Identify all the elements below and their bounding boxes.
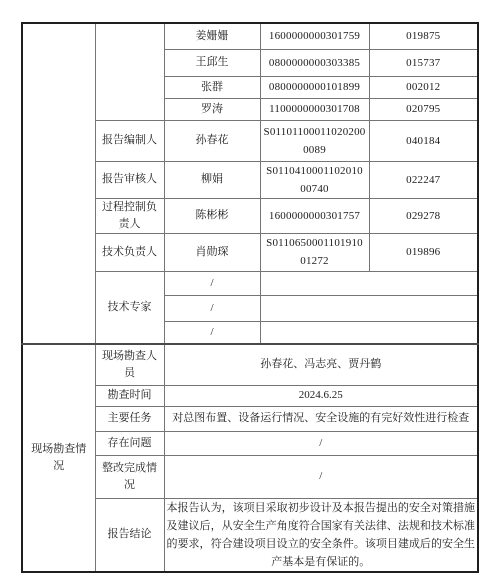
role-name-cell: 柳娟 <box>164 161 260 198</box>
member-id-number-cell: 015737 <box>369 49 478 76</box>
member-name-cell: 张群 <box>164 76 260 98</box>
member-id-number-cell: 002012 <box>369 76 478 98</box>
role-cert-number-cell: S011011000110202000089 <box>260 120 369 161</box>
role-id-number-cell: 019896 <box>369 233 478 271</box>
member-name-cell: 王邱生 <box>164 49 260 76</box>
expert-empty-cell <box>260 295 478 321</box>
role-label-cell: 技术负责人 <box>95 233 164 271</box>
expert-empty-cell <box>260 321 478 344</box>
member-id-number-cell: 019875 <box>369 23 478 49</box>
expert-name-cell: / <box>164 295 260 321</box>
experts-label-cell: 技术专家 <box>95 271 164 344</box>
member-cert-number-cell: 0800000000303385 <box>260 49 369 76</box>
survey-row-label-cell: 报告结论 <box>95 498 164 572</box>
survey-row-value-cell: / <box>164 455 478 498</box>
expert-name-cell: / <box>164 321 260 344</box>
role-id-number-cell: 029278 <box>369 198 478 233</box>
role-id-number-cell: 022247 <box>369 161 478 198</box>
role-label-cell: 过程控制负责人 <box>95 198 164 233</box>
left-section-empty-cell <box>22 23 95 344</box>
expert-empty-cell <box>260 271 478 295</box>
role-id-number-cell: 040184 <box>369 120 478 161</box>
survey-row-value-cell: / <box>164 431 478 455</box>
table-row: 姜姗姗 1600000000301759 019875 <box>22 23 478 49</box>
role-label-empty-cell <box>95 23 164 120</box>
survey-row-value-cell: 2024.6.25 <box>164 385 478 406</box>
survey-row-label-cell: 现场勘查人员 <box>95 344 164 385</box>
survey-row-label-cell: 整改完成情况 <box>95 455 164 498</box>
member-cert-number-cell: 0800000000101899 <box>260 76 369 98</box>
role-name-cell: 陈彬彬 <box>164 198 260 233</box>
survey-row-value-cell: 孙春花、冯志亮、贾丹鹤 <box>164 344 478 385</box>
member-cert-number-cell: 1600000000301759 <box>260 23 369 49</box>
report-table: 姜姗姗 1600000000301759 019875 王邱生 08000000… <box>21 22 479 573</box>
survey-row-label-cell: 存在问题 <box>95 431 164 455</box>
role-label-cell: 报告审核人 <box>95 161 164 198</box>
site-survey-section-label-cell: 现场勘查情况 <box>22 344 95 572</box>
role-cert-number-cell: 1600000000301757 <box>260 198 369 233</box>
expert-name-cell: / <box>164 271 260 295</box>
survey-row-value-cell: 对总图布置、设备运行情况、安全设施的有完好效性进行检查 <box>164 406 478 431</box>
member-name-cell: 姜姗姗 <box>164 23 260 49</box>
report-conclusion-cell: 本报告认为，该项目采取初步设计及本报告提出的安全对策措施及建议后，从安全生产角度… <box>164 498 478 572</box>
role-cert-number-cell: S011041000110201000740 <box>260 161 369 198</box>
survey-row-label-cell: 主要任务 <box>95 406 164 431</box>
survey-row-label-cell: 勘查时间 <box>95 385 164 406</box>
role-name-cell: 肖勋琛 <box>164 233 260 271</box>
table-row: 现场勘查情况 现场勘查人员 孙春花、冯志亮、贾丹鹤 <box>22 344 478 385</box>
member-name-cell: 罗涛 <box>164 98 260 120</box>
role-name-cell: 孙春花 <box>164 120 260 161</box>
role-label-cell: 报告编制人 <box>95 120 164 161</box>
member-cert-number-cell: 1100000000301708 <box>260 98 369 120</box>
page: { "report_table": { "members": [ { "name… <box>0 0 493 588</box>
role-cert-number-cell: S011065000110191001272 <box>260 233 369 271</box>
member-id-number-cell: 020795 <box>369 98 478 120</box>
